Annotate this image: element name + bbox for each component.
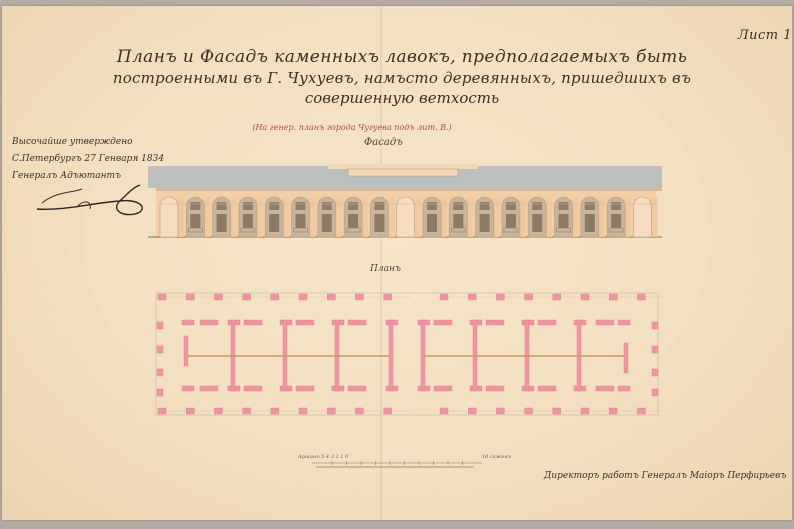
scale-left-label: Аршинъ 5 4 3 2 1 0 — [298, 454, 348, 460]
sheet-number: Лист 1 — [738, 28, 792, 43]
director-signature: Директоръ работъ Генералъ Маіоръ Перфирь… — [544, 471, 786, 481]
approval-signature-icon — [32, 181, 152, 221]
approval-inscription: Высочайше утверждено С.Петербургъ 27 Ген… — [12, 134, 164, 185]
scale-bar — [312, 459, 482, 471]
approval-line-1: Высочайше утверждено — [12, 134, 164, 151]
plan-caption: Планъ — [370, 264, 401, 274]
drawing-sheet: Лист 1 Планъ и Фасадъ каменныхъ лавокъ, … — [2, 6, 792, 520]
scale-right-label: 10 саженъ — [482, 454, 511, 460]
title-line-1: Планъ и Фасадъ каменныхъ лавокъ, предпол… — [102, 46, 702, 68]
title-line-3: совершенную ветхость — [102, 88, 702, 108]
approval-line-2: С.Петербургъ 27 Генваря 1834 — [12, 151, 164, 168]
title-line-2: построенными въ Г. Чухуевъ, намъсто дере… — [102, 68, 702, 88]
facade-elevation — [148, 164, 662, 238]
red-note: (На генер. планъ города Чугуева подъ лит… — [232, 123, 472, 132]
drawing-title: Планъ и Фасадъ каменныхъ лавокъ, предпол… — [102, 46, 702, 108]
facade-caption: Фасадъ — [364, 137, 403, 148]
floor-plan — [152, 289, 662, 419]
